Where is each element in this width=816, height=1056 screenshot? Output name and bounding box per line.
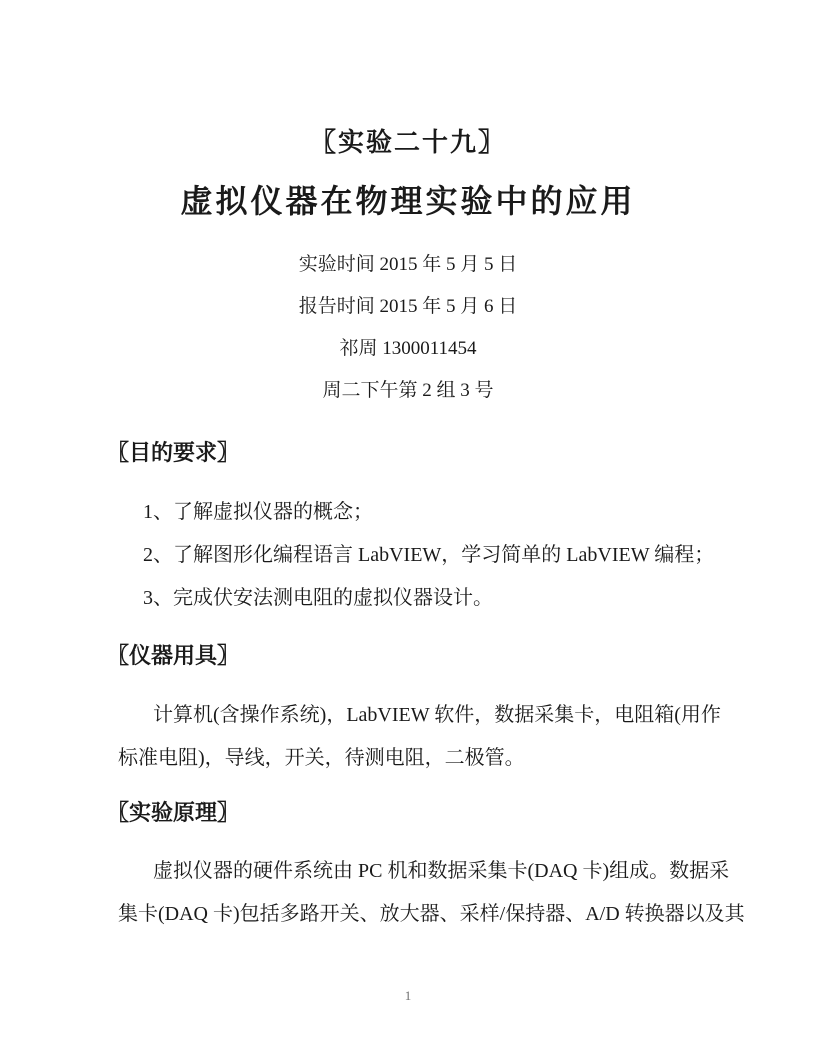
section-body-principle: 虚拟仪器的硬件系统由 PC 机和数据采集卡(DAQ 卡)组成。数据采 集卡(DA… [118, 850, 700, 936]
session-group-line: 周二下午第 2 组 3 号 [0, 370, 816, 412]
instruments-paragraph-line-1: 计算机(含操作系统)，LabVIEW 软件，数据采集卡，电阻箱(用作 [118, 694, 700, 737]
page-number: 1 [0, 988, 816, 1004]
experiment-number-label: 〖实验二十九〗 [0, 122, 816, 159]
document-page: 〖实验二十九〗 虚拟仪器在物理实验中的应用 实验时间 2015 年 5 月 5 … [0, 0, 816, 1056]
section-heading-objectives: 〖目的要求〗 [107, 436, 239, 467]
objective-item-2: 2、了解图形化编程语言 LabVIEW，学习简单的 LabVIEW 编程； [118, 534, 700, 577]
section-heading-instruments: 〖仪器用具〗 [107, 639, 239, 670]
section-heading-principle: 〖实验原理〗 [107, 796, 239, 827]
principle-paragraph-line-1: 虚拟仪器的硬件系统由 PC 机和数据采集卡(DAQ 卡)组成。数据采 [118, 850, 700, 893]
author-student-id-line: 祁周 1300011454 [0, 328, 816, 370]
document-title: 虚拟仪器在物理实验中的应用 [0, 176, 816, 222]
objective-item-1: 1、了解虚拟仪器的概念； [118, 491, 700, 534]
experiment-date-line: 实验时间 2015 年 5 月 5 日 [0, 244, 816, 286]
report-meta-block: 实验时间 2015 年 5 月 5 日 报告时间 2015 年 5 月 6 日 … [0, 244, 816, 412]
report-date-line: 报告时间 2015 年 5 月 6 日 [0, 286, 816, 328]
objective-item-3: 3、完成伏安法测电阻的虚拟仪器设计。 [118, 577, 700, 620]
section-body-instruments: 计算机(含操作系统)，LabVIEW 软件，数据采集卡，电阻箱(用作 标准电阻)… [118, 694, 700, 780]
principle-paragraph-line-2: 集卡(DAQ 卡)包括多路开关、放大器、采样/保持器、A/D 转换器以及其 [118, 893, 700, 936]
section-body-objectives: 1、了解虚拟仪器的概念； 2、了解图形化编程语言 LabVIEW，学习简单的 L… [118, 491, 700, 620]
instruments-paragraph-line-2: 标准电阻)，导线，开关，待测电阻，二极管。 [118, 737, 700, 780]
